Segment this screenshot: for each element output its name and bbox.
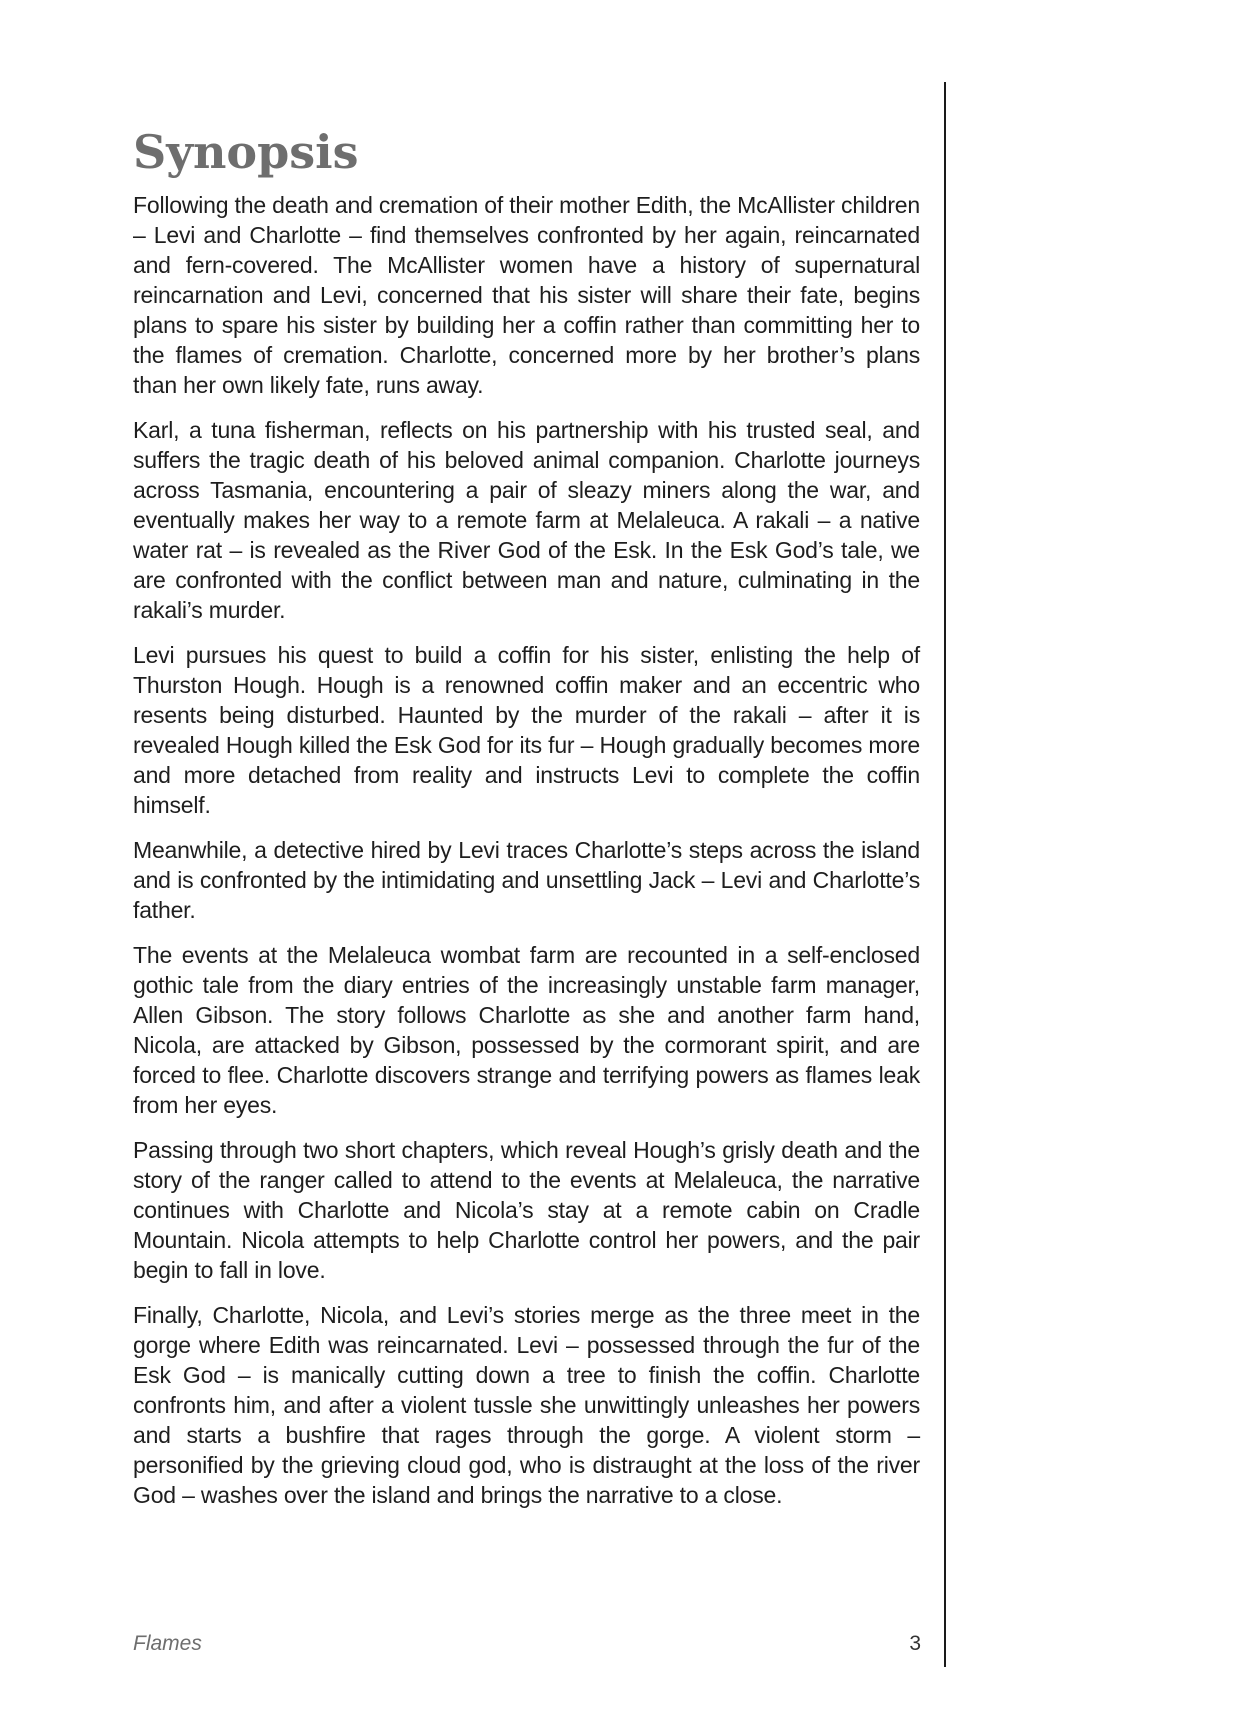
synopsis-paragraph-4: Meanwhile, a detective hired by Levi tra…: [133, 835, 920, 925]
footer-book-title: Flames: [133, 1632, 202, 1656]
document-page: Synopsis Following the death and cremati…: [0, 0, 1245, 1733]
synopsis-paragraph-1: Following the death and cremation of the…: [133, 190, 920, 400]
synopsis-paragraph-7: Finally, Charlotte, Nicola, and Levi’s s…: [133, 1300, 920, 1510]
page-title: Synopsis: [133, 122, 920, 182]
synopsis-section: Synopsis Following the death and cremati…: [133, 122, 920, 1525]
footer-page-number: 3: [905, 1632, 921, 1656]
vertical-margin-rule: [944, 82, 946, 1667]
synopsis-paragraph-2: Karl, a tuna fisherman, reflects on his …: [133, 415, 920, 625]
synopsis-paragraph-3: Levi pursues his quest to build a coffin…: [133, 640, 920, 820]
synopsis-paragraph-6: Passing through two short chapters, whic…: [133, 1135, 920, 1285]
synopsis-paragraph-5: The events at the Melaleuca wombat farm …: [133, 940, 920, 1120]
